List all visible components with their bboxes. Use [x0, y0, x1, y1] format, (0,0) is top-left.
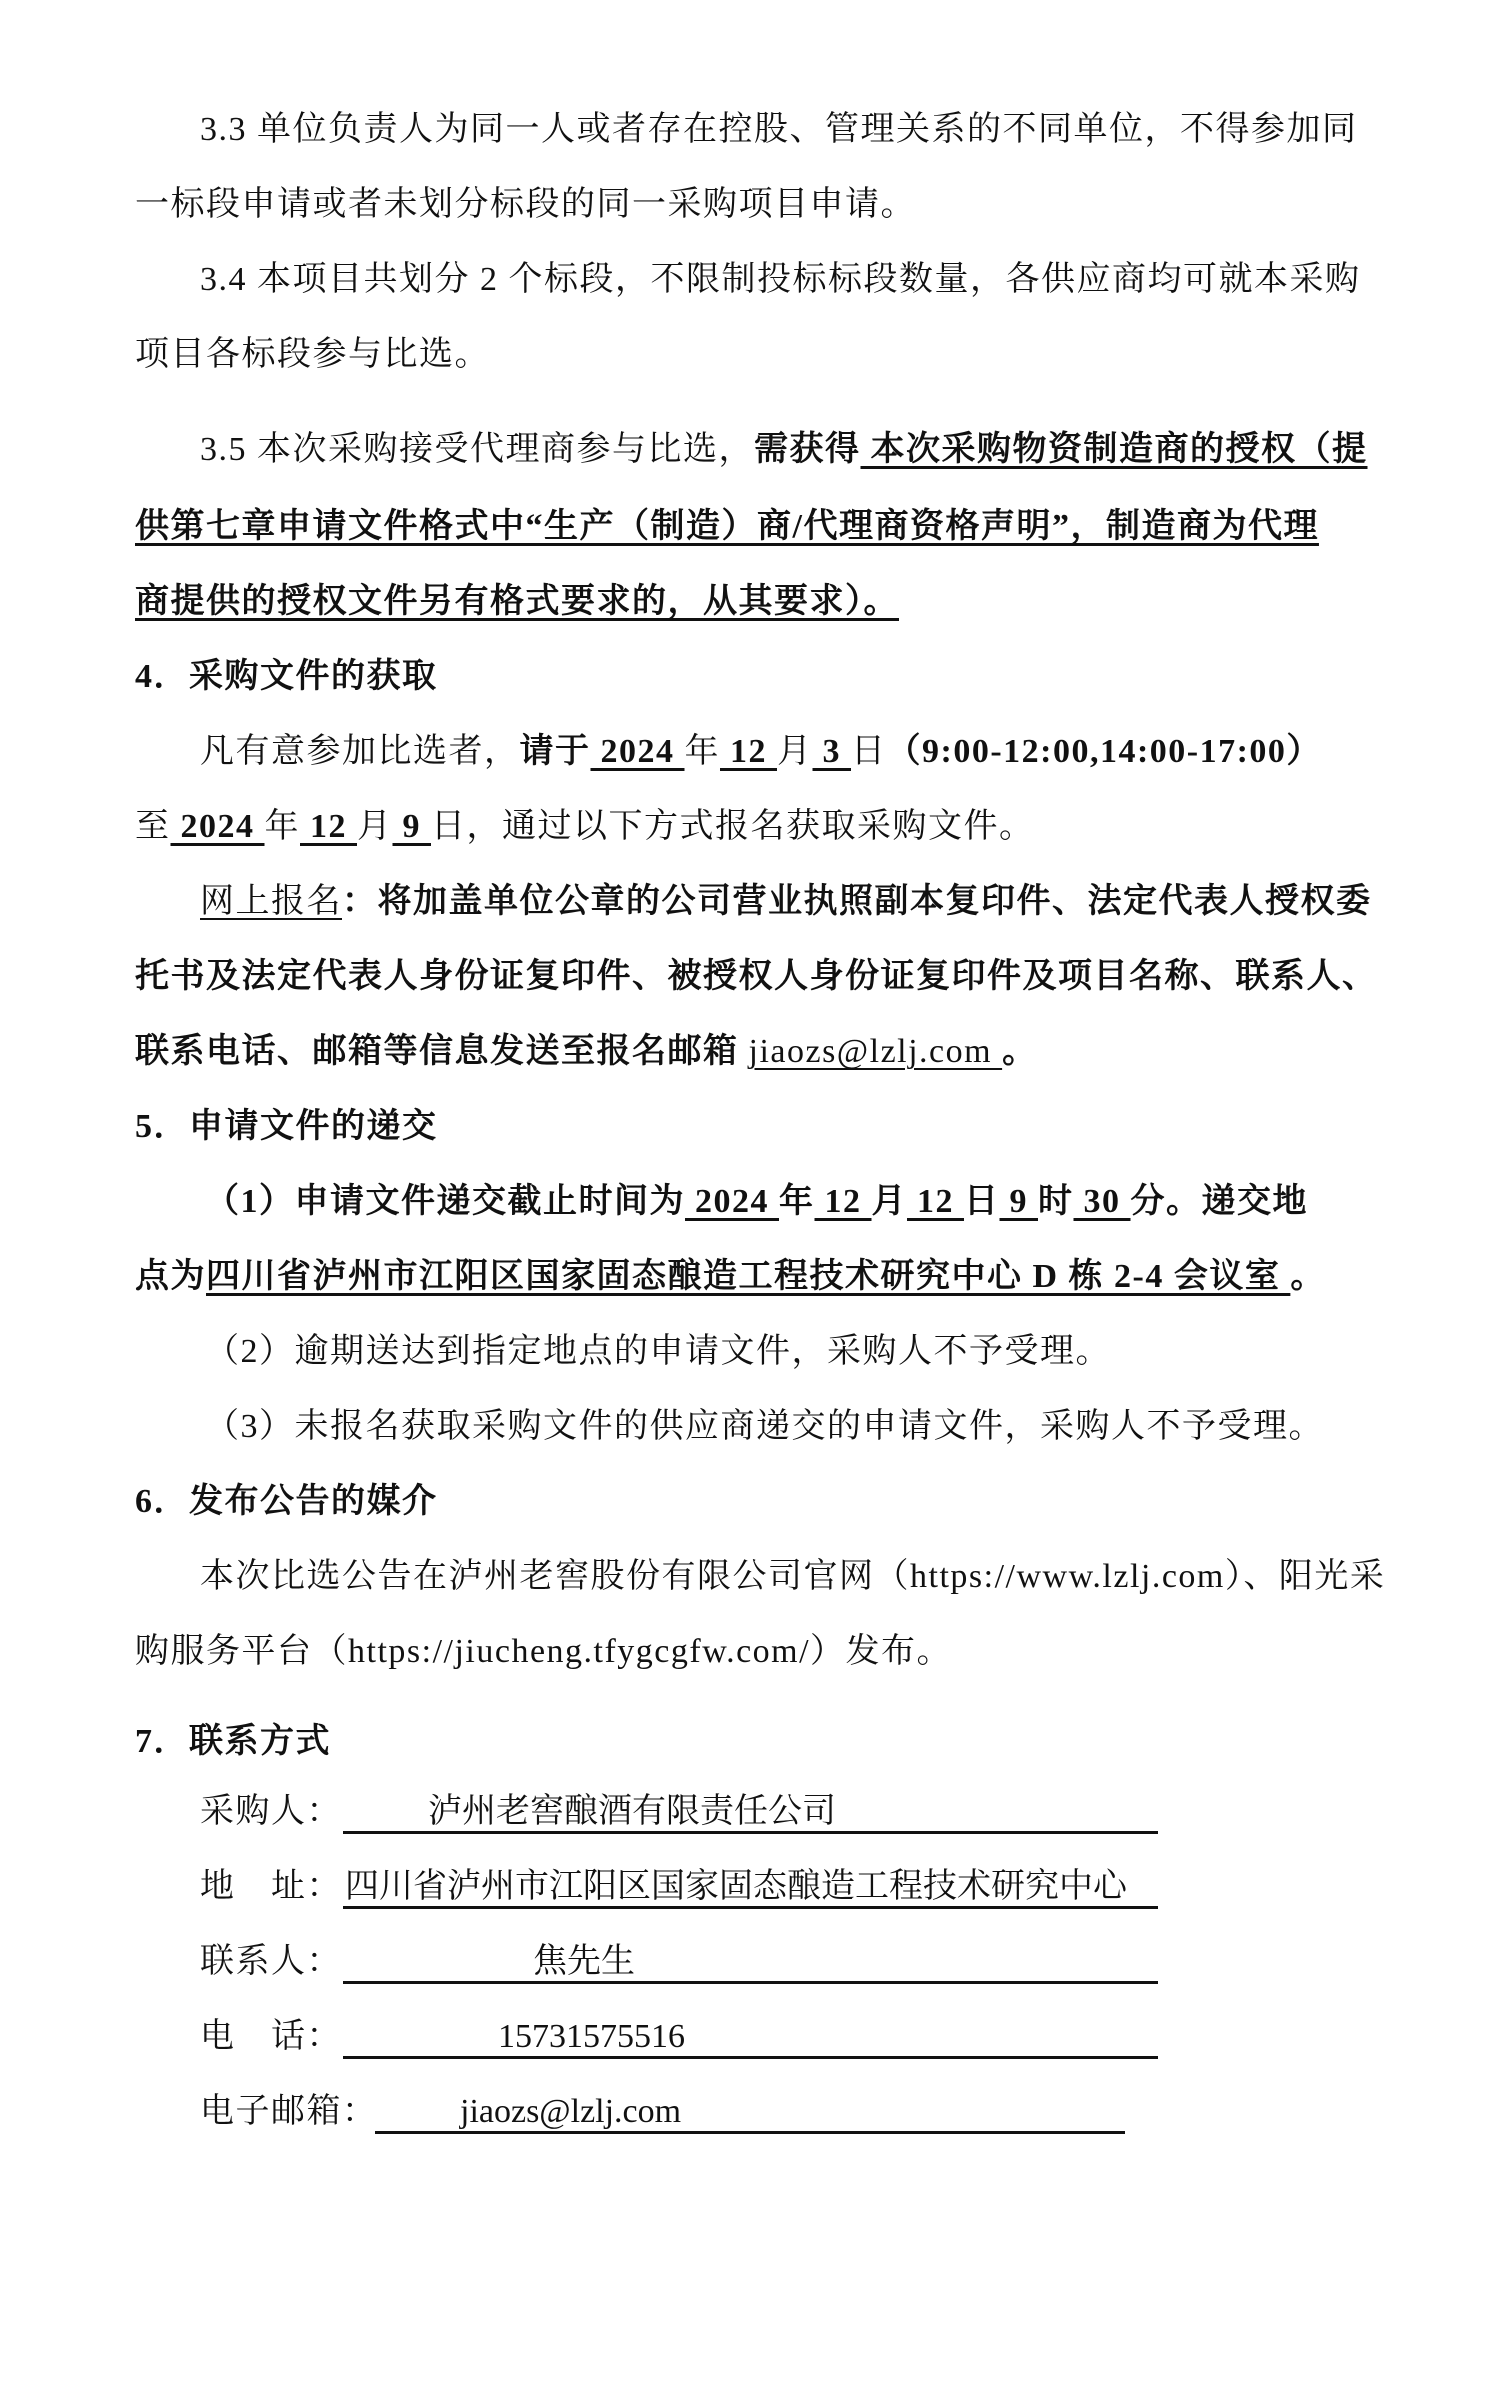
deadline-minute-label: 分。递交地: [1131, 1183, 1309, 1220]
location-prefix: 点为: [135, 1258, 206, 1295]
phone-label: 电 话：: [200, 2015, 342, 2059]
deadline-line1: （1）申请文件递交截止时间为 2024 年 12 月 12 日 9 时 30 分…: [205, 1180, 1400, 1224]
item-3-5-line1: 3.5 本次采购接受代理商参与比选，需获得 本次采购物资制造商的授权（提: [200, 428, 1395, 472]
end-month: 12: [300, 808, 357, 845]
online-end: 。: [1002, 1033, 1038, 1070]
start-month: 12: [720, 733, 777, 770]
online-email-link[interactable]: jiaozs@lzlj.com: [749, 1033, 1003, 1070]
address-label: 地 址：: [200, 1865, 342, 1909]
start-year: 2024: [591, 733, 685, 770]
day-label: 日: [851, 733, 887, 770]
item-3-5-line2: 供第七章申请文件格式中“生产（制造）商/代理商资格声明”，制造商为代理: [135, 505, 1330, 549]
day-label-2: 日: [431, 808, 467, 845]
section-7-heading: 7．联系方式: [135, 1720, 1330, 1764]
email-label: 电子邮箱：: [200, 2090, 378, 2134]
address-value: 四川省泸州市江阳区国家固态酿造工程技术研究中心: [343, 1865, 1158, 1909]
period-line2: 至 2024 年 12 月 9 日，通过以下方式报名获取采购文件。: [135, 805, 1330, 849]
item-5-2: （2）逾期送达到指定地点的申请文件，采购人不予受理。: [205, 1330, 1400, 1374]
item-3-4-line2: 项目各标段参与比选。: [135, 333, 1330, 377]
deadline-day: 12: [907, 1183, 964, 1220]
deadline-month: 12: [815, 1183, 872, 1220]
section-6-heading: 6．发布公告的媒介: [135, 1480, 1330, 1524]
deadline-month-label: 月: [872, 1183, 908, 1220]
email-value[interactable]: jiaozs@lzlj.com: [375, 2090, 1125, 2134]
deadline-year: 2024: [685, 1183, 779, 1220]
contact-value: 焦先生: [343, 1940, 1158, 1984]
period-line1: 凡有意参加比选者，请于 2024 年 12 月 3 日（9:00-12:00,1…: [200, 730, 1395, 774]
item-3-5-underlined-1: 本次采购物资制造商的授权（提: [861, 431, 1368, 468]
media-line1: 本次比选公告在泸州老窖股份有限公司官网（https://www.lzlj.com…: [200, 1555, 1395, 1599]
purchaser-label: 采购人：: [200, 1790, 342, 1834]
online-text-1: ：将加盖单位公章的公司营业执照副本复印件、法定代表人授权委: [342, 883, 1372, 920]
month-label: 月: [777, 733, 813, 770]
location-end: 。: [1290, 1258, 1326, 1295]
item-3-5-prefix: 3.5 本次采购接受代理商参与比选，: [200, 431, 754, 468]
deadline-line2: 点为四川省泸州市江阳区国家固态酿造工程技术研究中心 D 栋 2-4 会议室 。: [135, 1255, 1330, 1299]
media-line2: 购服务平台（https://jiucheng.tfygcgfw.com/）发布。: [135, 1630, 1330, 1674]
end-day: 9: [393, 808, 432, 845]
period-bold-intro: 请于: [520, 733, 591, 770]
phone-value: 15731575516: [343, 2015, 1158, 2059]
period-suffix: ，通过以下方式报名获取采购文件。: [467, 808, 1035, 845]
online-line1: 网上报名：将加盖单位公章的公司营业执照副本复印件、法定代表人授权委: [200, 880, 1395, 924]
item-3-3-line1: 3.3 单位负责人为同一人或者存在控股、管理关系的不同单位，不得参加同: [200, 108, 1395, 152]
purchaser-value: 泸州老窖酿酒有限责任公司: [343, 1790, 1158, 1834]
to-label: 至: [135, 808, 171, 845]
deadline-minute: 30: [1074, 1183, 1131, 1220]
end-year: 2024: [171, 808, 265, 845]
item-3-5-underlined-3: 商提供的授权文件另有格式要求的，从其要求）。: [135, 583, 899, 620]
deadline-day-label: 日: [964, 1183, 1000, 1220]
item-3-5-line3: 商提供的授权文件另有格式要求的，从其要求）。: [135, 580, 1330, 624]
section-4-heading: 4．采购文件的获取: [135, 655, 1330, 699]
item-5-3: （3）未报名获取采购文件的供应商递交的申请文件，采购人不予受理。: [205, 1405, 1400, 1449]
start-day: 3: [813, 733, 852, 770]
document-page: 3.3 单位负责人为同一人或者存在控股、管理关系的不同单位，不得参加同 一标段申…: [0, 0, 1500, 2397]
period-hours: （9:00-12:00,14:00-17:00）: [887, 733, 1322, 770]
deadline-prefix: （1）申请文件递交截止时间为: [205, 1183, 685, 1220]
contact-label: 联系人：: [200, 1940, 342, 1984]
item-3-5-bold: 需获得: [754, 431, 861, 468]
item-3-4-line1: 3.4 本项目共划分 2 个标段，不限制投标标段数量，各供应商均可就本采购: [200, 258, 1395, 302]
month-label-2: 月: [357, 808, 393, 845]
submission-location: 四川省泸州市江阳区国家固态酿造工程技术研究中心 D 栋 2-4 会议室: [206, 1258, 1290, 1295]
section-5-heading: 5．申请文件的递交: [135, 1105, 1330, 1149]
online-label: 网上报名: [200, 883, 342, 920]
online-text-3: 联系电话、邮箱等信息发送至报名邮箱: [135, 1033, 749, 1070]
period-intro: 凡有意参加比选者，: [200, 733, 520, 770]
online-line2: 托书及法定代表人身份证复印件、被授权人身份证复印件及项目名称、联系人、: [135, 955, 1330, 999]
item-3-5-underlined-2: 供第七章申请文件格式中“生产（制造）商/代理商资格声明”，制造商为代理: [135, 508, 1319, 545]
year-label: 年: [685, 733, 721, 770]
year-label-2: 年: [265, 808, 301, 845]
deadline-year-label: 年: [779, 1183, 815, 1220]
deadline-hour-label: 时: [1038, 1183, 1074, 1220]
deadline-hour: 9: [1000, 1183, 1039, 1220]
item-3-3-line2: 一标段申请或者未划分标段的同一采购项目申请。: [135, 183, 1330, 227]
online-line3: 联系电话、邮箱等信息发送至报名邮箱 jiaozs@lzlj.com 。: [135, 1030, 1330, 1074]
